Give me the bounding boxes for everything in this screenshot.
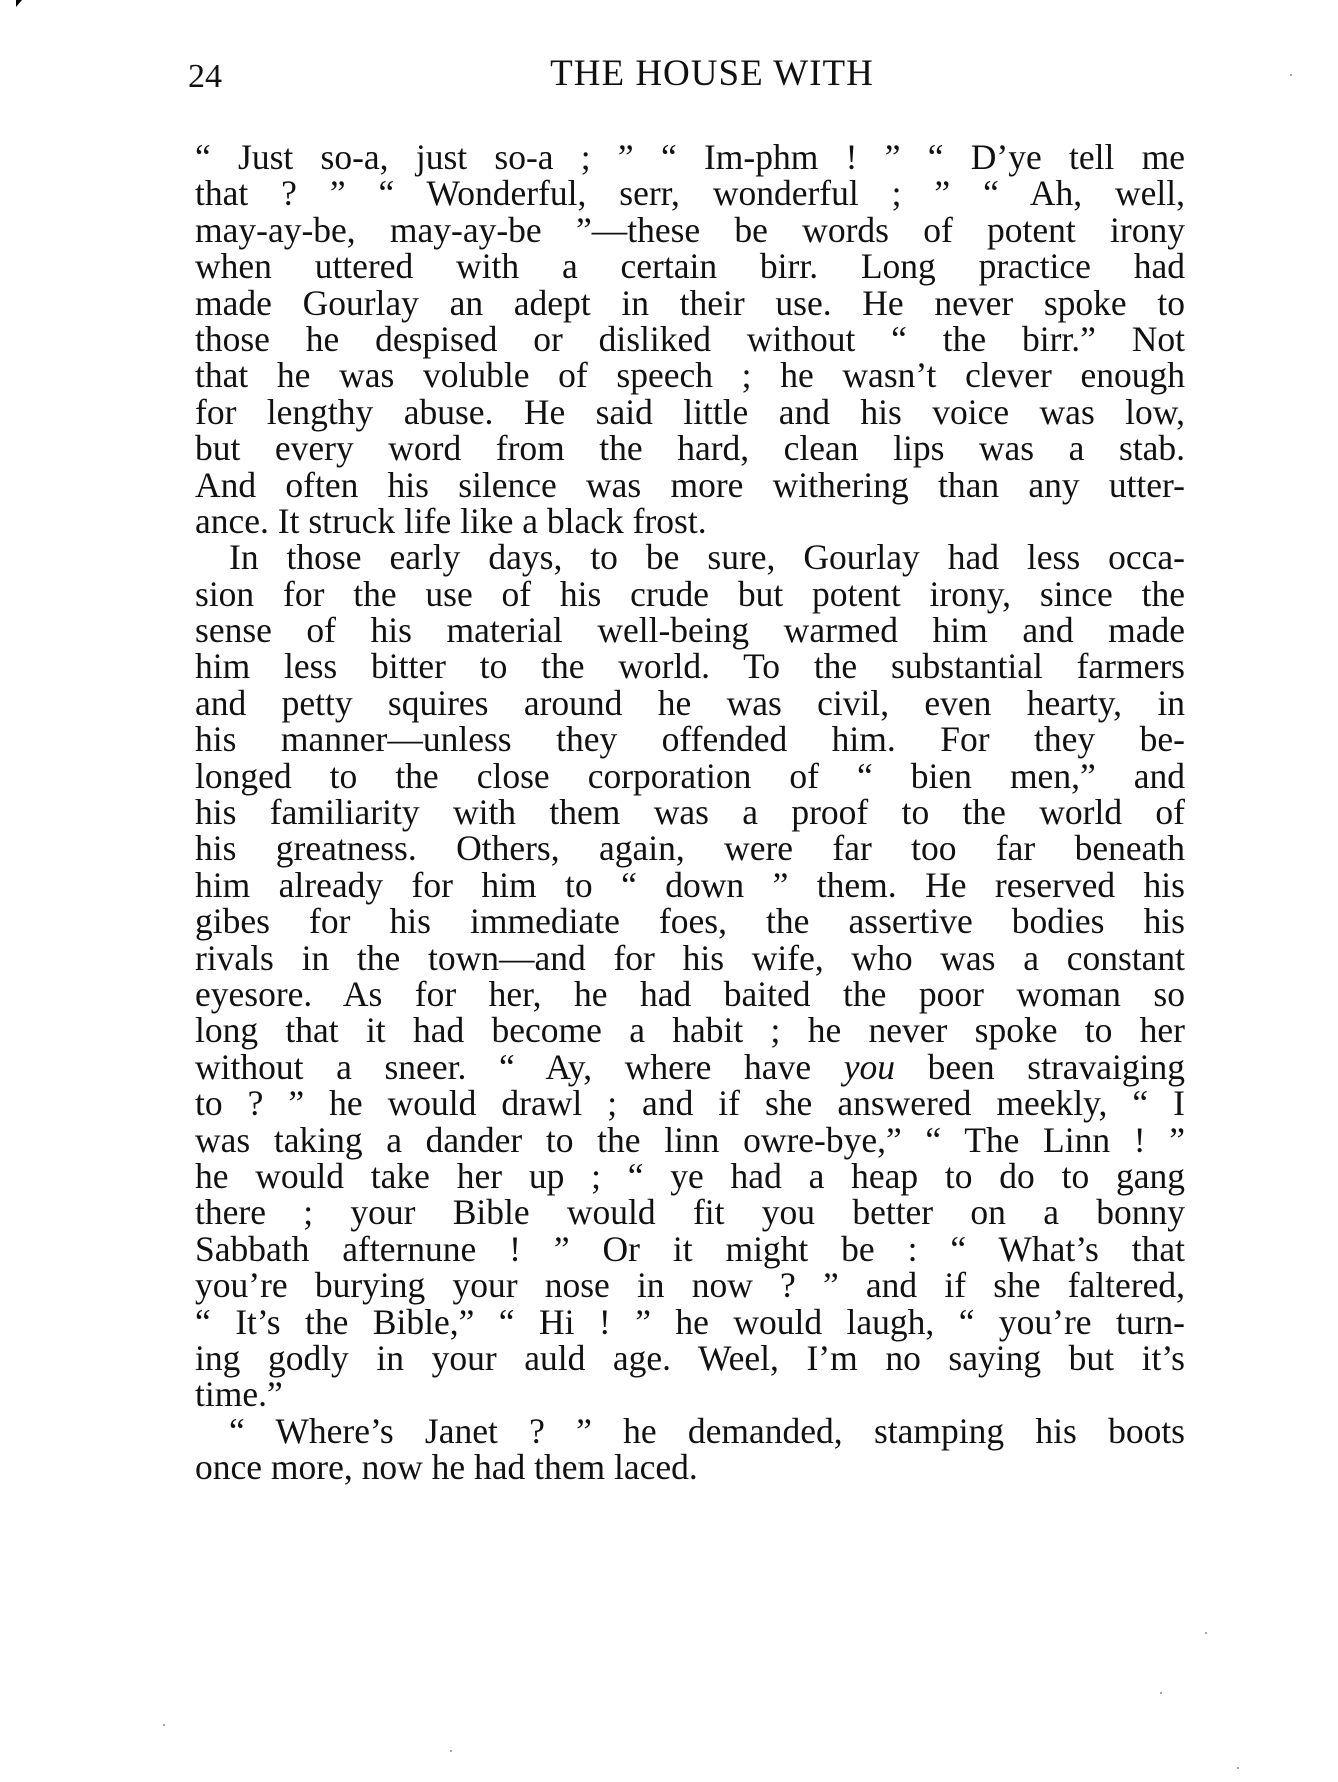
text-line: him already for him to “ down ” them. He…: [195, 867, 1185, 903]
text-line: In those early days, to be sure, Gourlay…: [195, 539, 1185, 575]
text-line: longed to the close corporation of “ bie…: [195, 758, 1185, 794]
text-line: Sabbath afternune ! ” Or it might be : “…: [195, 1231, 1185, 1267]
text-line: made Gourlay an adept in their use. He n…: [195, 285, 1185, 321]
text-line: ing godly in your auld age. Weel, I’m no…: [195, 1340, 1185, 1376]
text-line: long that it had become a habit ; he nev…: [195, 1012, 1185, 1048]
text-line: but every word from the hard, clean lips…: [195, 430, 1185, 466]
text-run: been stravaiging: [895, 1047, 1185, 1087]
paragraph-3: “ Where’s Janet ? ” he demanded, stampin…: [195, 1413, 1185, 1486]
text-line: “ It’s the Bible,” “ Hi ! ” he would lau…: [195, 1304, 1185, 1340]
text-line: gibes for his immediate foes, the assert…: [195, 903, 1185, 939]
text-line: was taking a dander to the linn owre-bye…: [195, 1122, 1185, 1158]
italic-emphasis: you: [844, 1047, 895, 1087]
scan-speck: [1290, 74, 1292, 76]
paragraph-2: In those early days, to be sure, Gourlay…: [195, 539, 1185, 1412]
scan-speck: [450, 1750, 452, 1752]
scan-speck: [1237, 1767, 1239, 1769]
text-line: eyesore. As for her, he had baited the p…: [195, 976, 1185, 1012]
text-line: “ Where’s Janet ? ” he demanded, stampin…: [195, 1413, 1185, 1449]
text-line: rivals in the town—and for his wife, who…: [195, 940, 1185, 976]
text-line: those he despised or disliked without “ …: [195, 321, 1185, 357]
text-line: time.”: [195, 1376, 1185, 1412]
text-line-with-italic: without a sneer. “ Ay, where have you be…: [195, 1049, 1185, 1085]
text-line: ance. It struck life like a black frost.: [195, 503, 1185, 539]
scan-corner-mark: [16, 0, 22, 7]
text-line: And often his silence was more withering…: [195, 467, 1185, 503]
text-line: “ Just so-a, just so-a ; ” “ Im-phm ! ” …: [195, 139, 1185, 175]
text-line: that ? ” “ Wonderful, serr, wonderful ; …: [195, 175, 1185, 211]
running-head: THE HOUSE WITH: [178, 52, 1186, 95]
text-line: once more, now he had them laced.: [195, 1449, 1185, 1485]
text-line: him less bitter to the world. To the sub…: [195, 648, 1185, 684]
text-line: his greatness. Others, again, were far t…: [195, 830, 1185, 866]
text-line: that he was voluble of speech ; he wasn’…: [195, 357, 1185, 393]
paragraph-1: “ Just so-a, just so-a ; ” “ Im-phm ! ” …: [195, 139, 1185, 539]
text-line: there ; your Bible would fit you better …: [195, 1194, 1185, 1230]
scan-speck: [1205, 1632, 1207, 1634]
text-run: without a sneer. “ Ay, where have: [195, 1047, 844, 1087]
text-line: he would take her up ; “ ye had a heap t…: [195, 1158, 1185, 1194]
text-line: his familiarity with them was a proof to…: [195, 794, 1185, 830]
text-line: for lengthy abuse. He said little and hi…: [195, 394, 1185, 430]
page-header: 24 THE HOUSE WITH: [178, 52, 1186, 102]
text-line: to ? ” he would drawl ; and if she answe…: [195, 1085, 1185, 1121]
text-line: and petty squires around he was civil, e…: [195, 685, 1185, 721]
text-line: his manner—unless they offended him. For…: [195, 721, 1185, 757]
text-line: when uttered with a certain birr. Long p…: [195, 248, 1185, 284]
scan-speck: [163, 1724, 165, 1726]
text-line: sion for the use of his crude but potent…: [195, 576, 1185, 612]
text-line: sense of his material well-being warmed …: [195, 612, 1185, 648]
text-line: you’re burying your nose in now ? ” and …: [195, 1267, 1185, 1303]
text-line: may-ay-be, may-ay-be ”—these be words of…: [195, 212, 1185, 248]
scan-speck: [1160, 1692, 1162, 1694]
body-text: “ Just so-a, just so-a ; ” “ Im-phm ! ” …: [195, 139, 1185, 1485]
